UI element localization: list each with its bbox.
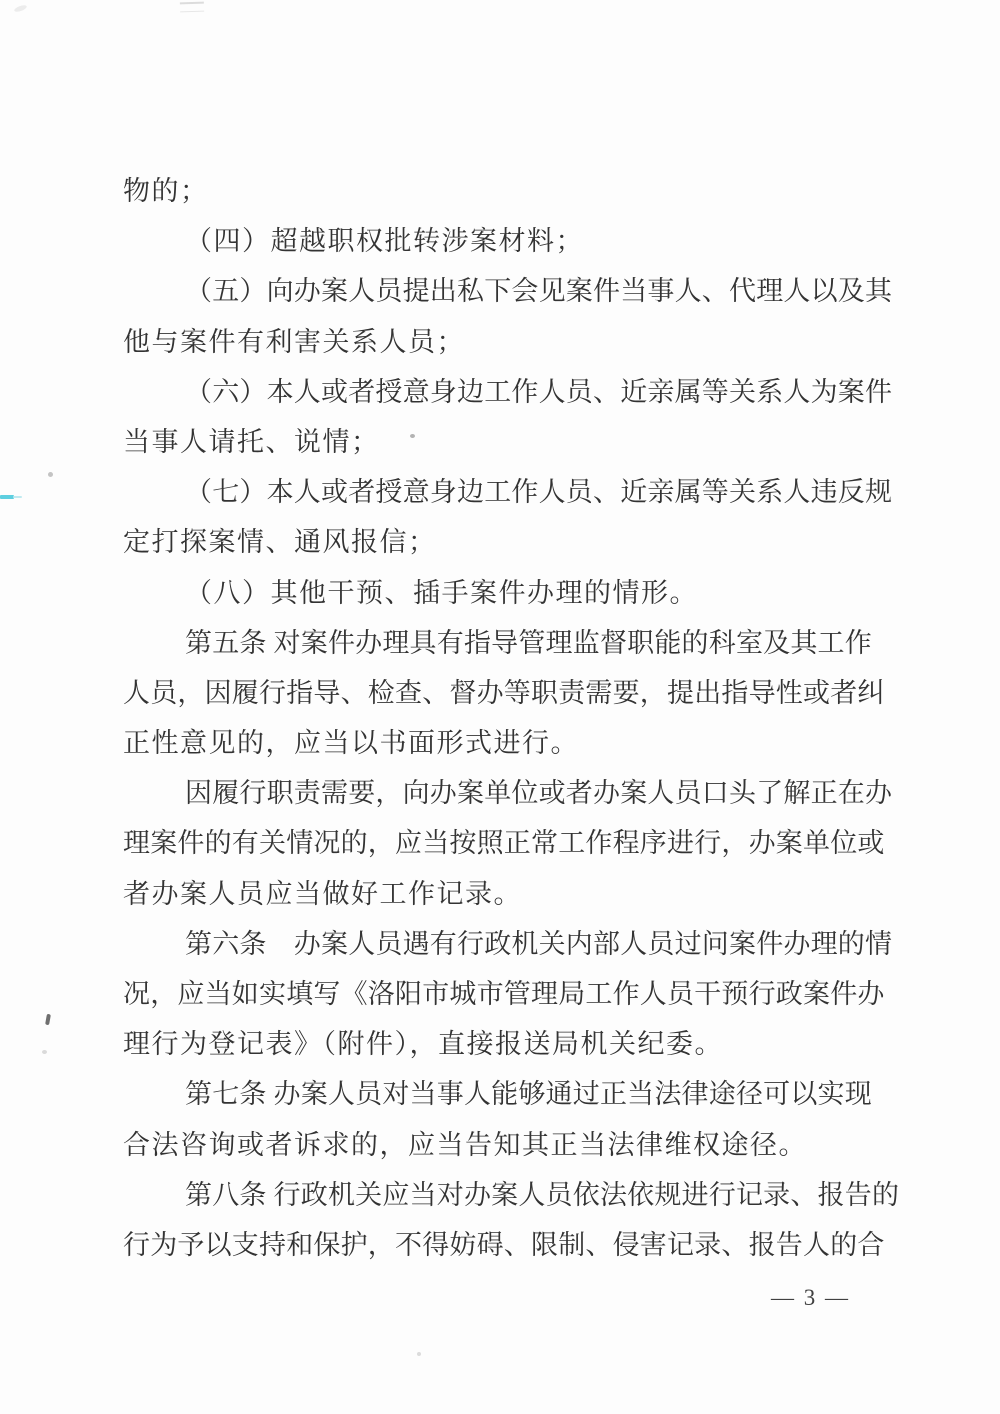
document-line: 正性意见的，应当以书面形式进行。	[123, 718, 879, 768]
document-line: 理案件的有关情况的，应当按照正常工作程序进行，办案单位或	[123, 818, 879, 868]
scan-mark-artifact	[45, 1014, 51, 1026]
document-line: 第五条 对案件办理具有指导管理监督职能的科室及其工作	[123, 618, 879, 668]
document-line: 者办案人员应当做好工作记录。	[123, 869, 879, 919]
document-line: 第六条 办案人员遇有行政机关内部人员过问案件办理的情	[123, 919, 879, 969]
document-line: 因履行职责需要，向办案单位或者办案人员口头了解正在办	[123, 768, 879, 818]
scan-smudge-artifact	[180, 2, 204, 13]
scanned-document-page: 物的；（四）超越职权批转涉案材料；（五）向办案人员提出私下会见案件当事人、代理人…	[0, 0, 1000, 1414]
document-line: 定打探案情、通风报信；	[123, 517, 879, 567]
document-line: 第八条 行政机关应当对办案人员依法依规进行记录、报告的	[123, 1170, 879, 1220]
scan-speck-artifact	[14, 4, 28, 13]
page-number: — 3 —	[771, 1285, 850, 1311]
document-line: 物的；	[123, 166, 879, 216]
document-line: 况，应当如实填写《洛阳市城市管理局工作人员干预行政案件办	[123, 969, 879, 1019]
scan-speck-artifact	[42, 1050, 47, 1054]
document-line: （五）向办案人员提出私下会见案件当事人、代理人以及其	[123, 266, 879, 316]
document-line: （七）本人或者授意身边工作人员、近亲属等关系人违反规	[123, 467, 879, 517]
scan-speck-artifact	[417, 1352, 421, 1356]
document-line: 理行为登记表》（附件），直接报送局机关纪委。	[123, 1019, 879, 1069]
scan-speck-artifact	[48, 472, 53, 477]
scan-cyan-dash-tail-artifact	[13, 496, 22, 498]
document-line: 人员，因履行指导、检查、督办等职责需要，提出指导性或者纠	[123, 668, 879, 718]
document-line: 合法咨询或者诉求的，应当告知其正当法律维权途径。	[123, 1120, 879, 1170]
document-line: （四）超越职权批转涉案材料；	[123, 216, 879, 266]
document-body-text: 物的；（四）超越职权批转涉案材料；（五）向办案人员提出私下会见案件当事人、代理人…	[123, 166, 879, 1270]
document-line: （六）本人或者授意身边工作人员、近亲属等关系人为案件	[123, 367, 879, 417]
document-line: 他与案件有利害关系人员；	[123, 317, 879, 367]
document-line: 行为予以支持和保护，不得妨碍、限制、侵害记录、报告人的合	[123, 1220, 879, 1270]
document-line: 第七条 办案人员对当事人能够通过正当法律途径可以实现	[123, 1069, 879, 1119]
document-line: 当事人请托、说情；	[123, 417, 879, 467]
document-line: （八）其他干预、插手案件办理的情形。	[123, 568, 879, 618]
scan-cyan-dash-artifact	[0, 495, 14, 499]
